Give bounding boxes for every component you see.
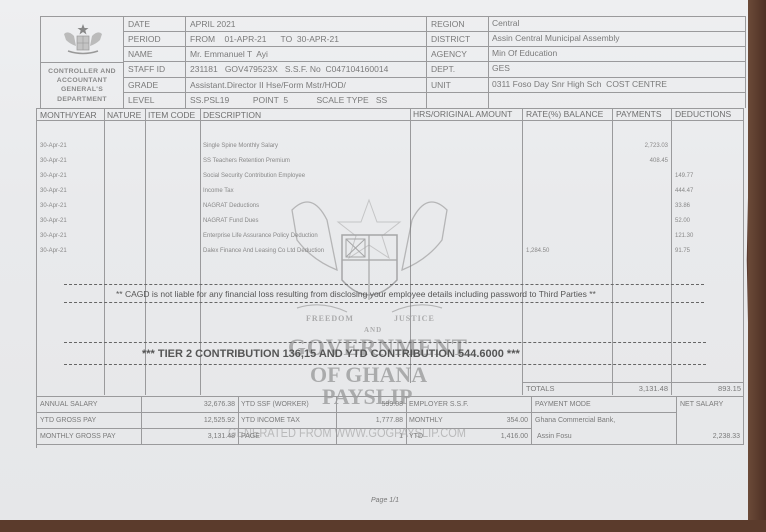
employer-monthly-value: 354.00: [460, 417, 528, 424]
district-value: Assin Central Municipal Assembly: [492, 34, 620, 43]
level-value: SS.PSL19 POINT 5 SCALE TYPE SS: [190, 96, 387, 105]
period-value: FROM 01-APR-21 TO 30-APR-21: [190, 35, 339, 44]
agency-value: Min Of Education: [492, 49, 557, 58]
row-deduction: 91.75: [675, 248, 690, 254]
region-value: Central: [492, 19, 519, 28]
grade-value: Assistant.Director II Hse/Form Mstr/HOD/: [190, 81, 346, 90]
totals-label: TOTALS: [526, 385, 554, 393]
department-name: CONTROLLER AND ACCOUNTANT GENERAL'S DEPA…: [40, 67, 124, 104]
row-deduction: 33.86: [675, 203, 690, 209]
page-label: PAGE: [241, 433, 260, 440]
row-description: Single Spine Monthly Salary: [203, 143, 278, 149]
employer-monthly-label: MONTHLY: [409, 417, 443, 424]
annual-salary-label: ANNUAL SALARY: [40, 401, 98, 408]
name-value: Mr. Emmanuel T Ayi: [190, 50, 268, 59]
background-table-edge: [0, 520, 766, 532]
payslip-page: CONTROLLER AND ACCOUNTANT GENERAL'S DEPA…: [0, 0, 752, 520]
dept-label: DEPT.: [431, 65, 455, 74]
ytd-gross-pay-value: 12,525.92: [141, 417, 235, 424]
row-payment: 2,723.03: [612, 143, 668, 149]
row-description: SS Teachers Retention Premium: [203, 158, 290, 164]
row-balance: 1,284.50: [526, 248, 549, 254]
row-description: NAGRAT Fund Dues: [203, 218, 258, 224]
motto-and: AND: [364, 326, 382, 334]
region-label: REGION: [431, 20, 465, 29]
col-item-code: ITEM CODE: [148, 111, 195, 120]
totals-deductions: 893.15: [671, 385, 741, 393]
col-deductions: DEDUCTIONS: [675, 110, 731, 119]
col-rate-balance: RATE(%) BALANCE: [526, 110, 603, 119]
row-description: NAGRAT Deductions: [203, 203, 259, 209]
col-month-year: MONTH/YEAR: [40, 111, 97, 120]
net-salary-value: 2,238.33: [676, 433, 740, 440]
period-label: PERIOD: [128, 35, 161, 44]
ytd-income-tax-value: 1,777.88: [336, 417, 403, 424]
row-payment: 408.45: [612, 158, 668, 164]
staff-id-label: STAFF ID: [128, 65, 165, 74]
staff-id-value: 231181 GOV479523X S.S.F. No C04710416001…: [190, 65, 388, 74]
ghana-coat-of-arms-icon: [58, 22, 108, 58]
dept-value: GES: [492, 64, 510, 73]
row-month: 30-Apr-21: [40, 143, 67, 149]
grade-label: GRADE: [128, 81, 158, 90]
row-month: 30-Apr-21: [40, 173, 67, 179]
row-deduction: 149.77: [675, 173, 693, 179]
page-number: Page 1/1: [371, 497, 399, 504]
totals-payments: 3,131.48: [612, 385, 668, 393]
cagd-notice: ** CAGD is not liable for any financial …: [116, 290, 596, 299]
agency-label: AGENCY: [431, 50, 467, 59]
net-salary-label: NET SALARY: [680, 401, 723, 408]
employer-ytd-label: YTD: [409, 433, 423, 440]
bank-branch: Assin Fosu: [537, 433, 572, 440]
row-month: 30-Apr-21: [40, 203, 67, 209]
col-payments: PAYMENTS: [616, 110, 662, 119]
ytd-ssf-value: 599.08: [336, 401, 403, 408]
name-label: NAME: [128, 50, 153, 59]
bank-name: Ghana Commercial Bank,: [535, 417, 615, 424]
monthly-gross-pay-label: MONTHLY GROSS PAY: [40, 433, 116, 440]
payment-mode-label: PAYMENT MODE: [535, 401, 591, 408]
monthly-gross-pay-value: 3,131.48: [141, 433, 235, 440]
motto-freedom: FREEDOM: [306, 314, 354, 323]
row-month: 30-Apr-21: [40, 233, 67, 239]
col-description: DESCRIPTION: [203, 111, 261, 120]
date-label: DATE: [128, 20, 150, 29]
ytd-income-tax-label: YTD INCOME TAX: [241, 417, 300, 424]
col-hrs-original-amount: HRS/ORIGINAL AMOUNT: [413, 110, 512, 119]
annual-salary-value: 32,676.38: [141, 401, 235, 408]
unit-label: UNIT: [431, 81, 451, 90]
row-deduction: 121.30: [675, 233, 693, 239]
date-value: APRIL 2021: [190, 20, 236, 29]
col-nature: NATURE: [107, 111, 141, 120]
row-month: 30-Apr-21: [40, 218, 67, 224]
employer-ytd-value: 1,416.00: [460, 433, 528, 440]
level-label: LEVEL: [128, 96, 154, 105]
district-label: DISTRICT: [431, 35, 470, 44]
row-month: 30-Apr-21: [40, 158, 67, 164]
row-month: 30-Apr-21: [40, 248, 67, 254]
row-deduction: 52.00: [675, 218, 690, 224]
row-deduction: 444.47: [675, 188, 693, 194]
row-description: Social Security Contribution Employee: [203, 173, 305, 179]
unit-value: 0311 Foso Day Snr High Sch COST CENTRE: [492, 80, 667, 89]
page-value: 1: [336, 433, 403, 440]
ytd-gross-pay-label: YTD GROSS PAY: [40, 417, 96, 424]
motto-justice: JUSTICE: [394, 314, 435, 323]
background-table-edge: [748, 0, 766, 532]
tier2-contribution: *** TIER 2 CONTRIBUTION 136,15 AND YTD C…: [142, 349, 520, 360]
row-month: 30-Apr-21: [40, 188, 67, 194]
ytd-ssf-label: YTD SSF (WORKER): [241, 401, 309, 408]
row-description: Income Tax: [203, 188, 234, 194]
employer-ssf-label: EMPLOYER S.S.F.: [409, 401, 469, 408]
